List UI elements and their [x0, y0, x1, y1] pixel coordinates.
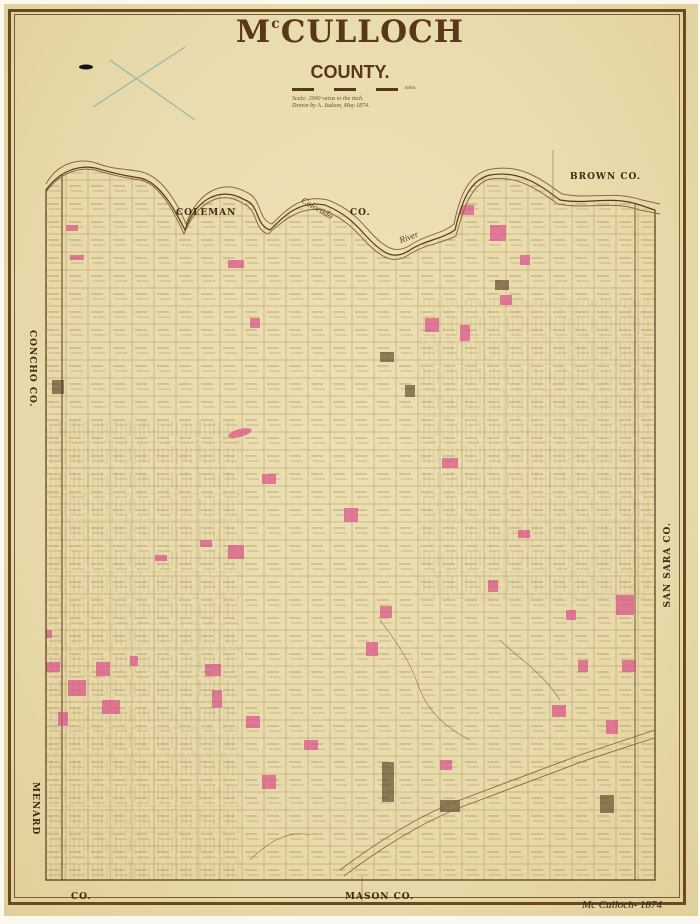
label-coleman-co: CO. — [350, 208, 371, 218]
blue-pencil-cross — [93, 47, 195, 120]
map-title: McCULLOCH — [0, 14, 700, 50]
scale-note: Scale: 2000 varas to the inch. Drawn by … — [292, 96, 492, 110]
scale-note-line1: Scale: 2000 varas to the inch. — [292, 96, 492, 103]
handwritten-annotation: Mc Culloch- 1874 — [582, 899, 662, 911]
scale-bar — [292, 88, 402, 94]
drawn-by-note: Drawn by A. Judson, May 1874. — [292, 103, 492, 110]
label-menard-co: CO. — [71, 892, 92, 902]
survey-grid — [0, 0, 700, 924]
label-concho-co: CONCHO CO. — [27, 330, 37, 407]
map-subtitle: COUNTY. — [0, 62, 700, 83]
label-coleman: COLEMAN — [176, 208, 236, 218]
county-survey-grid — [40, 160, 660, 885]
scale-unit-label: miles — [405, 86, 416, 91]
label-san-saba-co: SAN SARA CO. — [663, 522, 673, 608]
label-mason-co: MASON CO. — [345, 892, 414, 902]
label-brown-co: BROWN CO. — [570, 172, 641, 182]
label-menard: MENARD — [30, 782, 40, 835]
